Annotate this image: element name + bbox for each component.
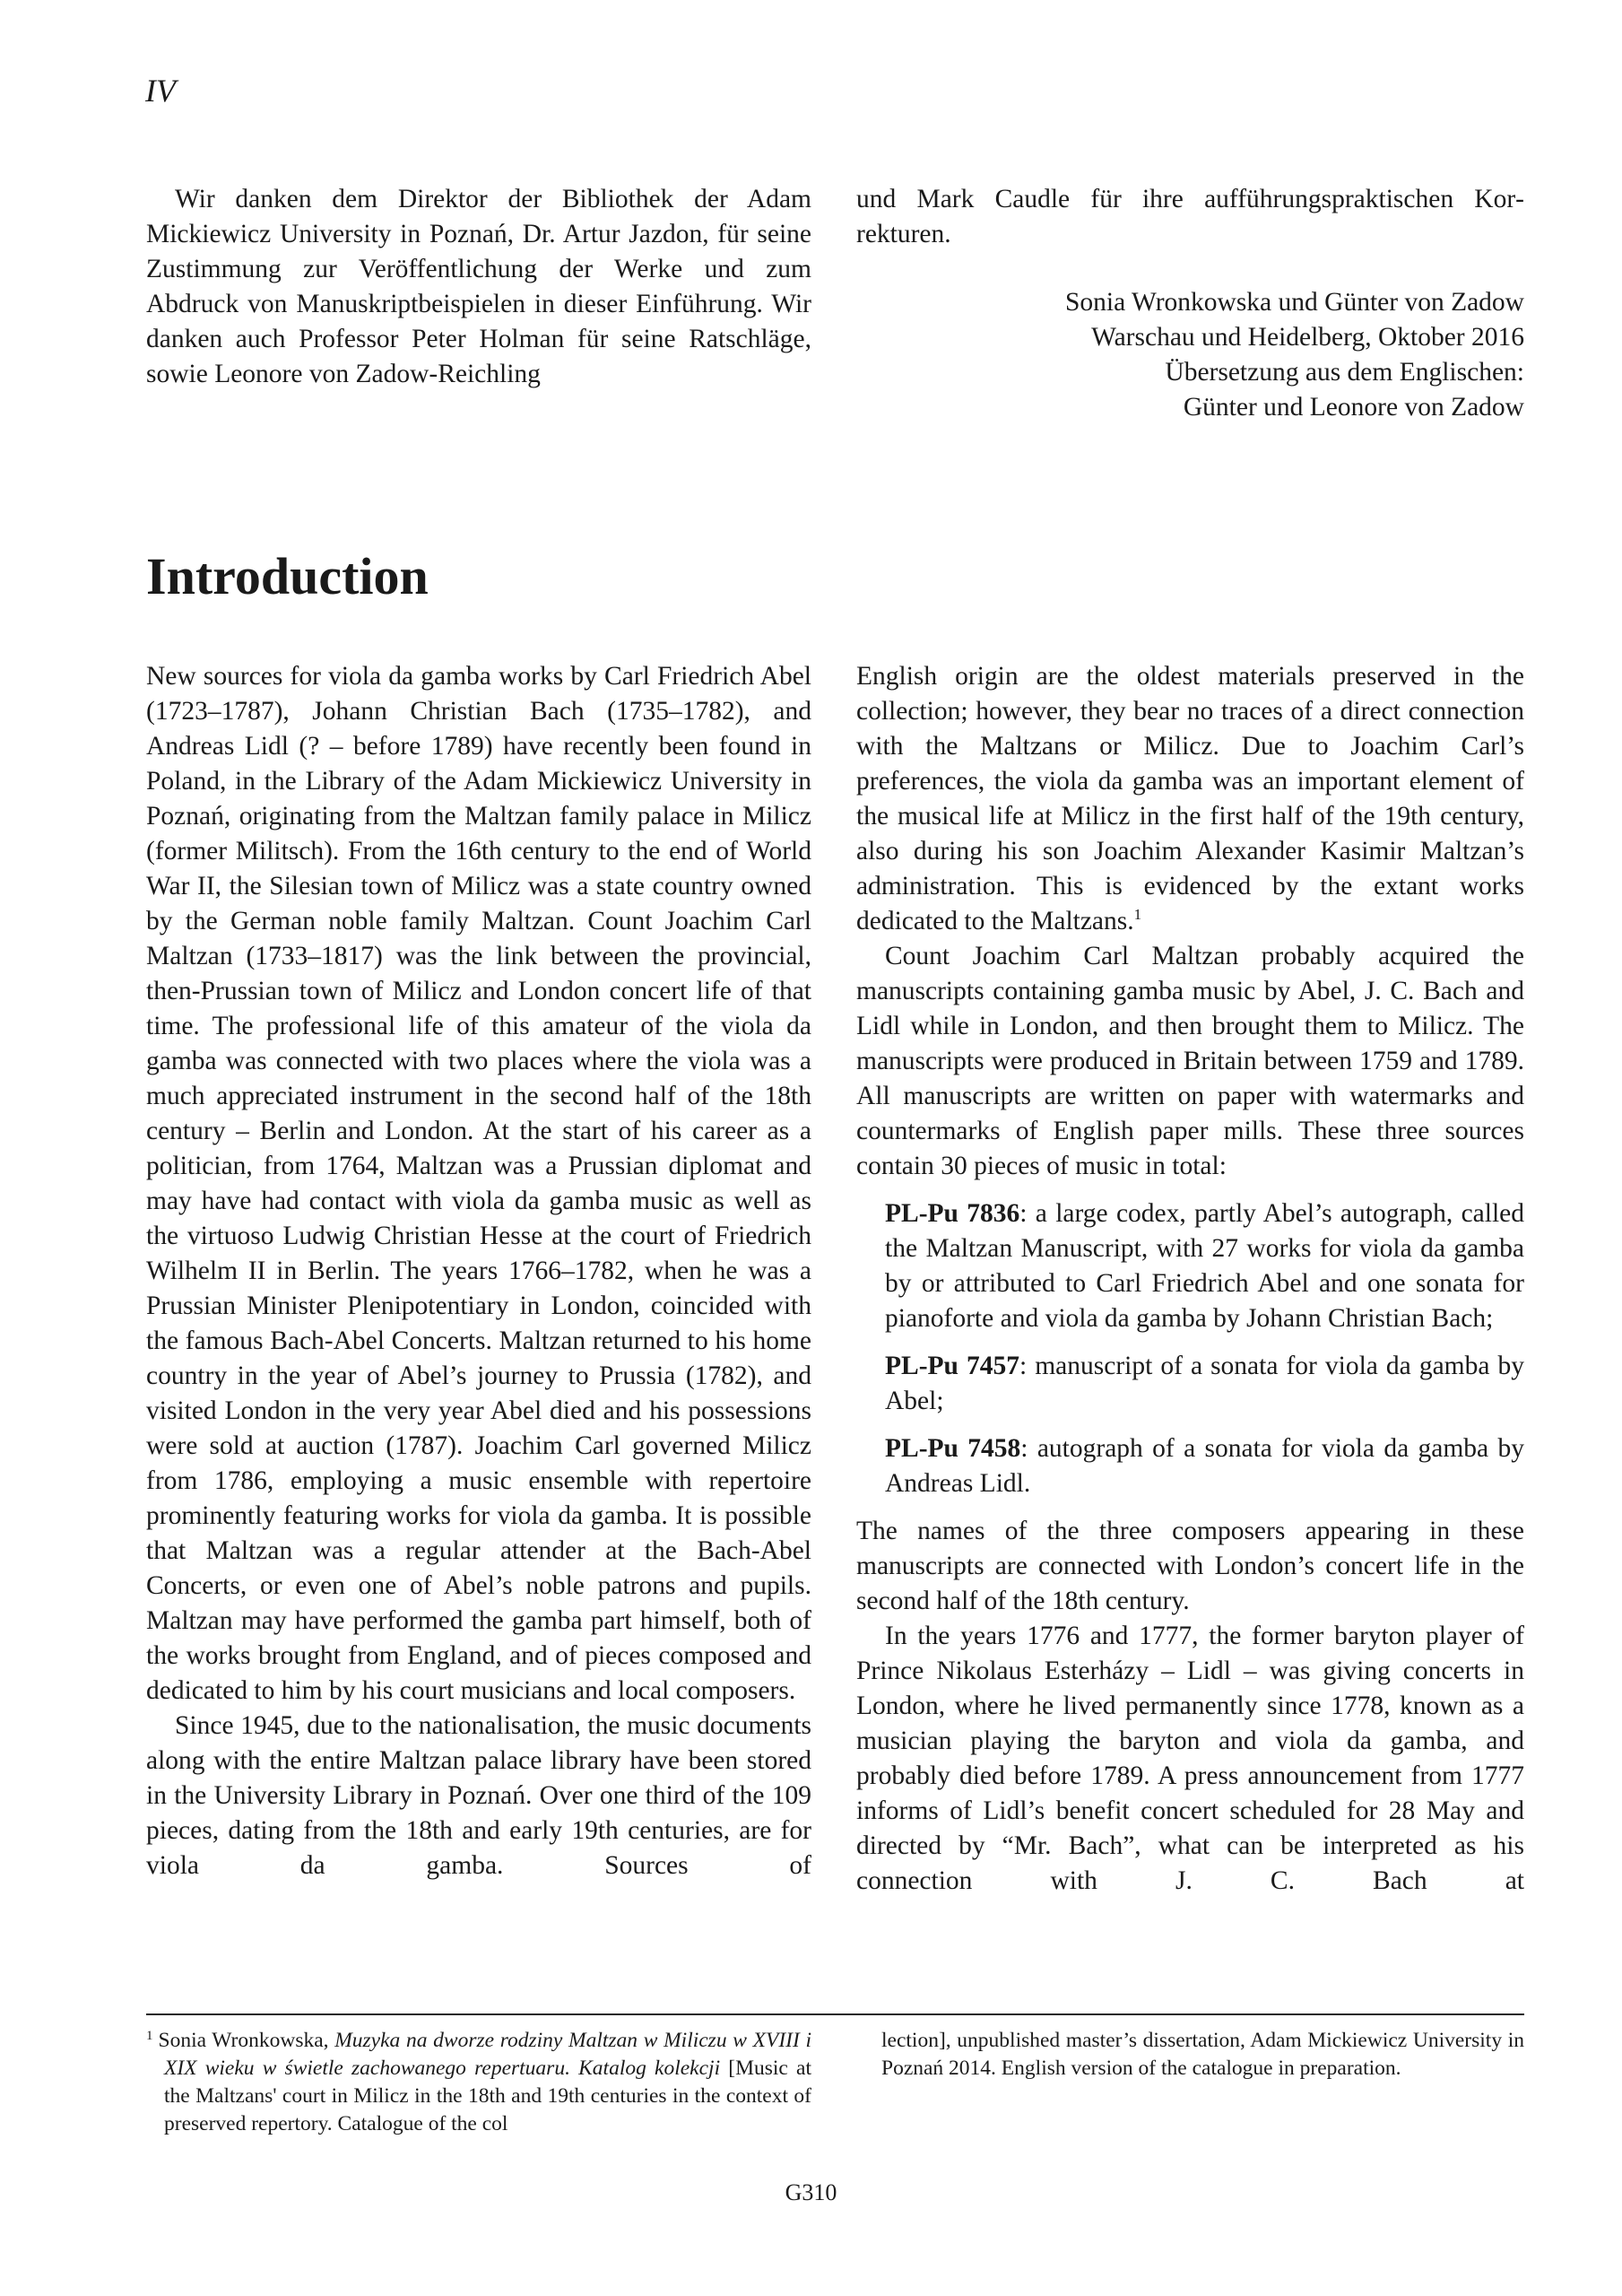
footnote-number: 1	[146, 2029, 153, 2043]
acknowledgements-left-column: Wir danken dem Direktor der Bibliothek d…	[146, 182, 811, 392]
intro-paragraph-2: Since 1945, due to the nationalisation, …	[146, 1709, 811, 1883]
footnote-1-right: lection], unpublished master’s dissertat…	[881, 2027, 1524, 2083]
section-heading-introduction: Introduction	[146, 545, 429, 608]
intro-paragraph-lidl: In the years 1776 and 1777, the former b…	[856, 1619, 1524, 1899]
roman-page-number: IV	[145, 72, 176, 109]
footer-page-code: G310	[0, 2179, 1622, 2206]
acknowledgements-paragraph: Wir danken dem Direktor der Bibliothek d…	[146, 182, 811, 392]
footnote-separator-rule	[146, 2013, 1524, 2015]
signature-translators: Günter und Leonore von Zadow	[856, 390, 1524, 425]
intro-paragraph-composers: The names of the three composers appeari…	[856, 1514, 1524, 1619]
signature-place-date: Warschau und Heidelberg, Oktober 2016	[856, 320, 1524, 355]
source-shelfmark: PL-Pu 7458	[885, 1434, 1020, 1463]
source-list-item: PL-Pu 7836: a large codex, partly Abel’s…	[856, 1196, 1524, 1336]
acknowledgements-right-column: und Mark Caudle für ihre aufführungsprak…	[856, 182, 1524, 425]
footnote-1-text: 1Sonia Wronkowska, Muzyka na dworze rodz…	[146, 2027, 811, 2138]
source-shelfmark: PL-Pu 7836	[885, 1199, 1019, 1228]
footnote-1-continued: lection], unpublished master’s dissertat…	[881, 2029, 1524, 2080]
footnote-reference-1[interactable]: 1	[1134, 906, 1142, 923]
signature-authors: Sonia Wronkowska und Günter von Zadow	[856, 285, 1524, 320]
footnote-1-left: 1Sonia Wronkowska, Muzyka na dworze rodz…	[146, 2027, 811, 2138]
signature-block: Sonia Wronkowska und Günter von Zadow Wa…	[856, 285, 1524, 425]
intro-paragraph-acquisition: Count Joachim Carl Maltzan probably acqu…	[856, 939, 1524, 1184]
source-list-item: PL-Pu 7457: manuscript of a sonata for v…	[856, 1349, 1524, 1419]
introduction-right-column: English origin are the oldest materials …	[856, 659, 1524, 1899]
source-shelfmark: PL-Pu 7457	[885, 1352, 1019, 1380]
source-list-item: PL-Pu 7458: autograph of a sonata for vi…	[856, 1431, 1524, 1501]
introduction-left-column: New sources for viola da gamba works by …	[146, 659, 811, 1883]
acknowledgements-paragraph-continued: und Mark Caudle für ihre aufführungsprak…	[856, 182, 1524, 252]
footnote-author: Sonia Wronkowska,	[159, 2029, 335, 2052]
intro-paragraph-continued-text: English origin are the oldest materials …	[856, 662, 1524, 935]
intro-paragraph-continued: English origin are the oldest materials …	[856, 659, 1524, 939]
signature-translation-label: Übersetzung aus dem Englischen:	[856, 355, 1524, 390]
intro-paragraph-1: New sources for viola da gamba works by …	[146, 659, 811, 1709]
